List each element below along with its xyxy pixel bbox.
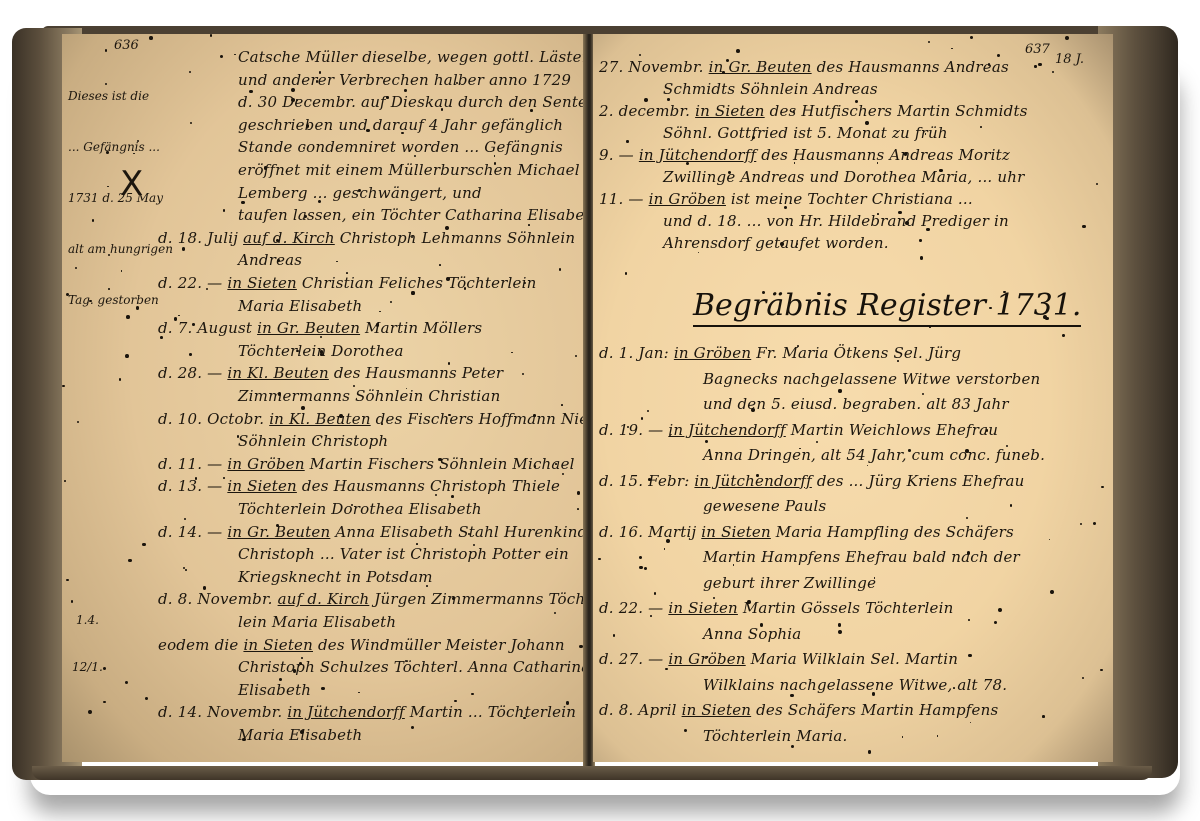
ink-speck [446,277,450,281]
entry-date: d. 16. Martij [599,523,701,541]
entry-place: in Sieten [668,599,738,617]
entry-text: Lemberg ... geschwängert, und [238,184,482,202]
open-register-book: 636 Dieses ist die ... Gefängnis ... 173… [12,26,1178,786]
ink-speck [426,585,428,587]
ink-speck [647,410,649,412]
entry-text: und d. 18. ... von Hr. Hildebrand Predig… [663,212,1009,230]
entry-date: d. 1. Jan: [599,344,674,362]
entry-text: Stande condemniret worden ... Gefängnis [238,138,563,156]
register-line: Zwillinge Andreas und Dorothea Maria, ..… [663,168,1024,186]
ink-speck [554,612,557,615]
ink-speck [1006,445,1008,447]
entry-place: in Sieten [243,636,313,654]
ink-speck [242,738,246,742]
register-line: d. 8. April in Sieten des Schäfers Marti… [599,701,998,719]
ink-speck [128,559,132,563]
entry-text: Maria Wilklain Sel. Martin [751,650,958,668]
register-line: Christoph Schulzes Töchterl. Anna Cathar… [238,658,585,676]
ink-speck [178,315,180,317]
entry-text: Martin Möllers [365,319,482,337]
ink-speck [986,429,988,431]
register-line: Bagnecks nachgelassene Witwe verstorben [703,370,1040,388]
ink-speck [291,88,295,92]
entry-text: Maria Hampfling des Schäfers [776,523,1014,541]
ink-speck [967,551,971,555]
ink-speck [929,327,931,329]
ink-speck [561,404,563,406]
ink-speck [241,201,244,204]
entry-date: d. 19. — [599,421,668,439]
ink-speck [562,473,564,475]
ink-speck [381,423,383,425]
register-line: d. 7. August in Gr. Beuten Martin Möller… [158,319,482,337]
ink-speck [351,504,353,506]
entry-place: in Gröben [668,650,745,668]
register-line: Söhnl. Gottfried ist 5. Monat zu früh [663,124,948,142]
ink-speck [473,544,475,546]
margin-mark: 1.4. [76,612,99,629]
ink-speck [926,228,929,231]
entry-text: Andreas [238,251,302,269]
entry-text: Martin Fischers Söhnlein Michael [310,455,575,473]
ink-speck [317,438,319,440]
entry-text: Maria Elisabeth [238,726,362,744]
ink-speck [698,252,700,254]
entry-place: in Gr. Beuten [257,319,360,337]
register-line: d. 8. Novembr. auf d. Kirch Jürgen Zimme… [158,590,585,608]
book-bottom-edge [32,766,1152,780]
ink-speck [494,162,496,164]
ink-speck [920,256,924,260]
ink-speck [1050,590,1054,594]
ink-speck [838,623,841,626]
x-mark: X [120,164,143,204]
ink-speck [968,654,971,657]
ink-speck [970,36,973,39]
margin-note-line: ... Gefängnis ... [68,139,173,156]
register-line: Töchterlein Dorothea Elisabeth [238,500,482,518]
ink-speck [223,209,226,212]
ink-speck [376,323,379,326]
ink-speck [559,268,562,271]
entry-text: und anderer Verbrechen halber anno 1729 [238,71,571,89]
ink-speck [494,641,496,643]
ink-speck [184,518,186,520]
ink-speck [316,80,318,82]
ink-speck [522,373,524,375]
entry-place: in Gröben [649,190,726,208]
ink-speck [1038,63,1041,66]
ink-speck [988,63,991,66]
register-line: Schmidts Söhnlein Andreas [663,80,878,98]
ink-speck [705,440,708,443]
ink-speck [1096,183,1098,185]
ink-speck [174,317,177,320]
register-line: d. 22. — in Sieten Christian Feliches Tö… [158,274,536,292]
entry-text: Martin Hampfens Ehefrau bald nach der [703,548,1020,566]
register-line: eröffnet mit einem Müllerburschen Michae… [238,161,580,179]
entry-text: Christoph ... Vater ist Christoph Potter… [238,545,569,563]
entry-place: in Sieten [695,102,765,120]
entry-place: in Kl. Beuten [227,364,329,382]
ink-speck [865,121,869,125]
entry-date: d. 22. — [158,274,227,292]
ink-speck [108,288,110,290]
ink-speck [142,543,145,546]
ink-speck [1052,71,1054,73]
register-line: Elisabeth [238,681,311,699]
ink-speck [1080,523,1082,525]
ink-speck [92,219,95,222]
ink-speck [919,239,922,242]
entry-place: auf d. Kirch [243,229,335,247]
ink-speck [66,579,69,582]
register-line: d. 15. Febr: in Jütchendorff des ... Jür… [599,472,1024,490]
ink-speck [190,122,192,124]
ink-speck [726,59,729,62]
register-line: d. 27. — in Gröben Maria Wilklain Sel. M… [599,650,958,668]
entry-text: Zwillinge Andreas und Dorothea Maria, ..… [663,168,1024,186]
ink-speck [791,745,794,748]
entry-place: in Jütchendorff [694,472,811,490]
ink-speck [234,54,236,56]
margin-note-line: Tag. gestorben [68,292,173,309]
ink-speck [968,619,970,621]
ink-speck [411,726,415,730]
entry-text: taufen lassen, ein Töchter Catharina Eli… [238,206,585,224]
register-line: d. 13. — in Sieten des Hausmanns Christo… [158,477,560,495]
ink-speck [339,414,343,418]
entry-text: des Hausmanns Peter [334,364,503,382]
entry-text: lein Maria Elisabeth [238,613,396,631]
ink-speck [965,449,969,453]
ink-speck [1082,225,1085,228]
ink-speck [530,109,533,112]
entry-place: in Gröben [227,455,304,473]
ink-speck [665,668,667,670]
register-line: 27. Novembr. in Gr. Beuten des Hausmanns… [599,58,1009,76]
register-line: Maria Elisabeth [238,297,362,315]
register-line: d. 16. Martij in Sieten Maria Hampfling … [599,523,1014,541]
register-line: Stande condemniret worden ... Gefängnis [238,138,563,156]
entry-place: in Gröben [674,344,751,362]
entry-text: Töchterlein Maria. [703,727,848,745]
entry-date: 11. — [599,190,649,208]
ink-speck [71,600,74,603]
entry-text: Catsche Müller dieselbe, wegen gottl. Lä… [238,48,585,66]
entry-text: geburt ihrer Zwillinge [703,574,876,592]
entry-text: Schmidts Söhnlein Andreas [663,80,878,98]
ink-speck [625,272,627,274]
entry-text: Christoph Schulzes Töchterl. Anna Cathar… [238,658,585,676]
entry-text: Bagnecks nachgelassene Witwe verstorben [703,370,1040,388]
entry-text: Anna Dringen, alt 54 Jahr, cum conc. fun… [703,446,1045,464]
ink-speck [790,694,793,697]
entry-text: Ahrensdorf getaufet worden. [663,234,889,252]
ink-speck [358,692,360,694]
margin-note-line: Dieses ist die [68,88,173,105]
entry-date: d. 14. — [158,523,227,541]
ink-speck [997,54,1000,57]
register-line: Kriegsknecht in Potsdam [238,568,433,586]
register-line: Zimmermanns Söhnlein Christian [238,387,500,405]
entry-place: in Sieten [227,274,297,292]
entry-date: d. 8. Novembr. [158,590,278,608]
ink-speck [598,558,601,561]
register-line: d. 10. Octobr. in Kl. Beuten des Fischer… [158,410,585,428]
ink-speck [249,90,253,94]
register-line: Catsche Müller dieselbe, wegen gottl. Lä… [238,48,585,66]
ink-speck [684,729,687,732]
register-line: 2. decembr. in Sieten des Hutfischers Ma… [599,102,1028,120]
entry-text: Martin ... Töchterlein [410,703,576,721]
ink-speck [306,124,309,127]
register-line: und d. 18. ... von Hr. Hildebrand Predig… [663,212,1009,230]
entry-text: Maria Elisabeth [238,297,362,315]
ink-speck [904,152,907,155]
entry-text: Martin Weichlows Ehefrau [791,421,998,439]
ink-speck [206,288,208,290]
entry-text: geschrieben und darauf 4 Jahr gefänglich [238,116,563,134]
ink-speck [577,508,579,510]
entry-text: des Hausmanns Andreas Moritz [761,146,1010,164]
ink-speck [784,206,787,209]
entry-text: Kriegsknecht in Potsdam [238,568,433,586]
ink-speck [119,378,122,381]
entry-date: d. 10. Octobr. [158,410,269,428]
entry-text: des Hausmanns Christoph Thiele [302,477,560,495]
register-line: d. 14. Novembr. in Jütchendorff Martin .… [158,703,576,721]
ink-speck [664,548,666,550]
ink-speck [441,108,444,111]
ink-speck [1062,334,1065,337]
entry-date: d. 15. Febr: [599,472,694,490]
entry-date: d. 11. — [158,455,227,473]
register-line: d. 14. — in Gr. Beuten Anna Elisabeth St… [158,523,585,541]
entry-place: in Sieten [682,701,752,719]
ink-speck [88,710,92,714]
register-line: d. 11. — in Gröben Martin Fischers Söhnl… [158,455,575,473]
ink-speck [293,669,296,672]
ink-speck [998,608,1002,612]
ink-speck [223,477,225,479]
ink-speck [626,140,628,142]
entry-text: des ... Jürg Kriens Ehefrau [817,472,1025,490]
ink-speck [1034,65,1036,67]
register-line: Anna Dringen, alt 54 Jahr, cum conc. fun… [703,446,1045,464]
burial-register-heading: Begräbnis Register 1731. [693,288,1081,327]
entry-text: des Hutfischers Martin Schmidts [770,102,1028,120]
register-line: 9. — in Jütchendorff des Hausmanns Andre… [599,146,1010,164]
entry-place: in Kl. Beuten [269,410,371,428]
entry-date: 9. — [599,146,639,164]
ink-speck [970,722,972,724]
ink-speck [189,353,192,356]
ink-speck [296,99,298,101]
ink-speck [125,681,128,684]
register-line: Töchterlein Maria. [703,727,848,745]
entry-text: Fr. Maria Ötkens Sel. Jürg [756,344,961,362]
entry-text: Christian Feliches Töchterlein [302,274,537,292]
entry-text: eröffnet mit einem Müllerburschen Michae… [238,161,580,179]
ink-speck [278,392,281,395]
ink-speck [868,750,872,754]
entry-text: Wilklains nachgelassene Witwe, alt 78. [703,676,1007,694]
register-line: Andreas [238,251,302,269]
ink-speck [439,264,441,266]
entry-text: Christoph Lehmanns Söhnlein [340,229,576,247]
entry-text: Martin Gössels Töchterlein [743,599,954,617]
ink-speck [644,567,647,570]
ink-speck [390,301,392,303]
ink-speck [928,41,930,43]
ink-speck [464,287,466,289]
ink-speck [816,441,818,443]
ink-speck [366,129,369,132]
register-line: Martin Hampfens Ehefrau bald nach der [703,548,1020,566]
right-page: 637 18 J. 27. Novembr. in Gr. Beuten des… [593,34,1113,762]
ink-speck [528,224,530,226]
ink-speck [751,408,755,412]
register-line: und den 5. eiusd. begraben. alt 83 Jahr [703,395,1009,413]
register-line: und anderer Verbrechen halber anno 1729 [238,71,571,89]
ink-speck [136,306,140,310]
ink-speck [379,311,381,313]
register-line: geburt ihrer Zwillinge [703,574,876,592]
ink-speck [980,126,982,128]
entry-text: Söhnlein Christoph [238,432,388,450]
entry-text: des Hausmanns Andreas [817,58,1009,76]
entry-text: Anna Sophia [703,625,801,643]
ink-speck [872,692,875,695]
ink-speck [1082,677,1084,679]
ink-speck [220,55,223,58]
ink-speck [838,630,842,634]
ink-speck [523,717,525,719]
ink-speck [1049,539,1051,541]
ink-speck [1100,669,1102,671]
entry-date: d. 22. — [599,599,668,617]
ink-speck [666,539,670,543]
ink-speck [686,162,689,165]
ink-speck [185,569,187,571]
ink-speck [103,667,106,670]
ink-speck [575,355,577,357]
corner-note: 18 J. [1055,52,1084,67]
ink-speck [796,243,798,245]
entry-place: in Jütchendorff [668,421,785,439]
entry-date: d. 14. Novembr. [158,703,287,721]
ink-speck [279,678,282,681]
ink-speck [125,354,129,358]
ink-speck [189,71,191,73]
ink-speck [471,693,474,696]
ink-speck [237,435,240,438]
ink-speck [736,49,740,53]
right-page-number: 637 [1025,42,1050,57]
ink-speck [318,200,321,203]
ink-speck [937,735,939,737]
ink-speck [133,153,135,155]
ink-speck [301,406,305,410]
entry-text: Töchterlein Dorothea Elisabeth [238,500,482,518]
ink-speck [641,417,643,419]
ink-speck [319,71,321,73]
entry-place: in Sieten [227,477,297,495]
ink-speck [386,96,389,99]
ink-speck [756,474,759,477]
register-line: eodem die in Sieten des Windmüller Meist… [158,636,565,654]
ink-speck [966,517,968,519]
ink-speck [336,261,338,263]
ink-speck [321,687,324,690]
ink-speck [533,414,536,417]
ink-speck [89,300,92,303]
ink-speck [401,132,403,134]
entry-date: 27. Novembr. [599,58,709,76]
entry-date: eodem die [158,636,243,654]
ink-speck [320,336,322,338]
entry-text: Söhnl. Gottfried ist 5. Monat zu früh [663,124,948,142]
ink-speck [203,586,207,590]
ink-speck [577,491,581,495]
entry-date: d. 7. August [158,319,257,337]
register-line: gewesene Pauls [703,497,826,515]
entry-text: des Windmüller Meister Johann [318,636,565,654]
ink-speck [897,360,899,362]
ink-speck [994,621,997,624]
ink-speck [613,634,615,636]
ink-speck [639,54,641,56]
entry-place: in Jütchendorff [287,703,404,721]
ink-speck [414,155,416,157]
ink-speck [752,136,755,139]
left-page: 636 Dieses ist die ... Gefängnis ... 173… [62,34,585,762]
ink-speck [838,389,841,392]
entry-date: d. 18. Julij [158,229,243,247]
entry-text: ist meine Tochter Christiana ... [731,190,973,208]
ink-speck [435,494,437,496]
ink-speck [667,98,670,101]
register-line: taufen lassen, ein Töchter Catharina Eli… [238,206,585,224]
register-line: Ahrensdorf getaufet worden. [663,234,889,252]
ink-speck [511,352,513,354]
entry-date: d. 8. April [599,701,682,719]
entry-date: d. 28. — [158,364,227,382]
ink-speck [77,421,79,423]
ink-speck [411,291,414,294]
register-line: d. 19. — in Jütchendorff Martin Weichlow… [599,421,998,439]
entry-text: des Fischers Hoffmann Niemers [376,410,585,428]
ink-speck [1042,715,1045,718]
register-line: lein Maria Elisabeth [238,613,396,631]
ink-speck [654,592,657,595]
entry-place: in Jütchendorff [639,146,756,164]
ink-speck [62,385,65,388]
register-line: Wilklains nachgelassene Witwe, alt 78. [703,676,1007,694]
register-line: Söhnlein Christoph [238,432,388,450]
ink-speck [722,71,725,74]
entry-text: Elisabeth [238,681,311,699]
register-line: Anna Sophia [703,625,801,643]
register-line: d. 18. Julij auf d. Kirch Christoph Lehm… [158,229,575,247]
register-line: Lemberg ... geschwängert, und [238,184,482,202]
ink-speck [66,293,69,296]
ink-speck [64,480,66,482]
register-line: d. 1. Jan: in Gröben Fr. Maria Ötkens Se… [599,344,961,362]
entry-text: gewesene Pauls [703,497,826,515]
left-page-number: 636 [114,38,139,53]
